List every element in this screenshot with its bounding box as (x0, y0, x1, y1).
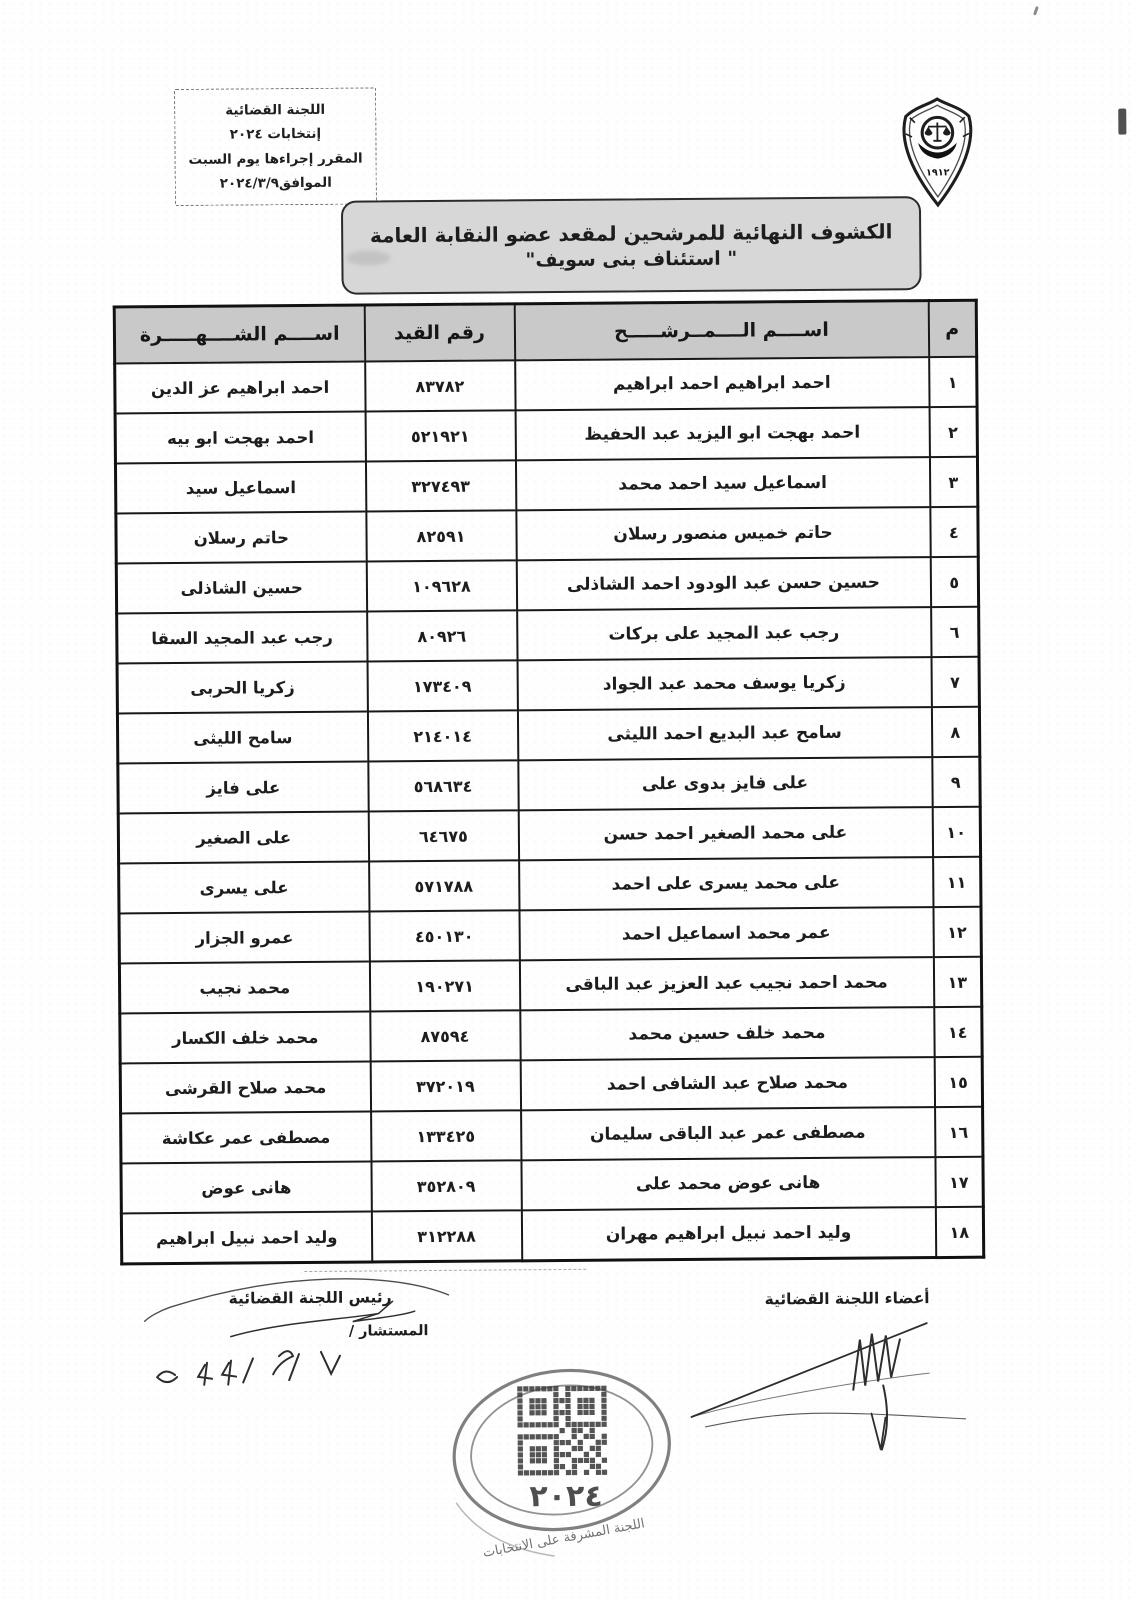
candidate-row: ٢ احمد بهجت ابو اليزيد عبد الحفيظ ٥٢١٩٢١… (115, 407, 977, 464)
registration-number-cell: ٦٤٦٧٥ (368, 810, 518, 861)
registration-number-cell: ١٧٣٤٠٩ (367, 660, 517, 711)
document-title: الكشوف النهائية للمرشحين لمقعد عضو النقا… (341, 196, 922, 295)
serial-cell: ١٤ (934, 1007, 982, 1057)
candidate-name-cell: محمد صلاح عبد الشافى احمد (520, 1057, 934, 1110)
candidate-name-cell: هانى عوض محمد على (521, 1157, 935, 1210)
known-name-cell: حاتم رسلان (116, 512, 366, 564)
info-line-scheduled-day: المقرر إجراءها يوم السبت (181, 146, 369, 172)
registration-number-cell: ١٣٣٤٢٥ (371, 1110, 521, 1161)
registration-number-cell: ٤٥٠١٣٠ (369, 910, 519, 961)
candidates-table: م اســــم الــــمــرشـــــح رقم القيد اس… (113, 299, 986, 1266)
candidate-row: ١٦ مصطفى عمر عبد الباقى سليمان ١٣٣٤٢٥ مص… (121, 1107, 983, 1164)
title-line-1: الكشوف النهائية للمرشحين لمقعد عضو النقا… (370, 219, 893, 247)
candidate-row: ١٧ هانى عوض محمد على ٣٥٢٨٠٩ هانى عوض (121, 1157, 983, 1214)
registration-number-cell: ١٩٠٢٧١ (369, 960, 519, 1011)
scan-edge-artifact (1118, 109, 1126, 135)
members-signature (675, 1295, 981, 1452)
candidate-name-cell: على فايز بدوى على (518, 757, 932, 810)
known-name-cell: حسين الشاذلى (116, 562, 366, 614)
registration-number-cell: ٣١٢٢٨٨ (371, 1210, 521, 1262)
stamp-year: ٢٠٢٤ (529, 1479, 603, 1515)
candidate-row: ١١ على محمد يسرى على احمد ٥٧١٧٨٨ على يسر… (119, 857, 981, 914)
serial-cell: ٢ (929, 407, 977, 457)
title-line-2: " استئناف بنى سويف" (525, 247, 737, 271)
candidate-name-cell: اسماعيل سيد احمد محمد (515, 457, 929, 510)
candidate-name-cell: سامح عبد البديع احمد الليثى (517, 707, 931, 760)
registration-number-cell: ٥٢١٩٢١ (365, 410, 515, 461)
serial-cell: ١٦ (935, 1107, 983, 1157)
president-signature (130, 1261, 466, 1399)
registration-number-cell: ٨٣٧٨٢ (365, 360, 515, 411)
qr-code (517, 1386, 607, 1476)
official-stamp: ٢٠٢٤ اللجنة المشرفة على الانتخابات (441, 1355, 695, 1597)
col-header-registration-number: رقم القيد (364, 304, 514, 362)
candidate-row: ١٨ وليد احمد نبيل ابراهيم مهران ٣١٢٢٨٨ و… (121, 1207, 983, 1264)
registration-number-cell: ٨٧٥٩٤ (370, 1010, 520, 1061)
candidate-row: ٨ سامح عبد البديع احمد الليثى ٢١٤٠١٤ سام… (117, 707, 979, 764)
serial-cell: ١٥ (934, 1057, 982, 1107)
serial-cell: ١٢ (933, 907, 981, 957)
candidate-name-cell: مصطفى عمر عبد الباقى سليمان (521, 1107, 935, 1160)
serial-cell: ٩ (932, 757, 980, 807)
serial-cell: ٨ (931, 707, 979, 757)
candidate-name-cell: عمر محمد اسماعيل احمد (519, 907, 933, 960)
known-name-cell: على فايز (118, 762, 368, 814)
known-name-cell: سامح الليثى (117, 712, 367, 764)
candidate-name-cell: على محمد يسرى على احمد (519, 857, 933, 910)
known-name-cell: على الصغير (118, 812, 368, 864)
serial-cell: ٤ (930, 507, 978, 557)
serial-cell: ٦ (931, 607, 979, 657)
registration-number-cell: ٥٦٨٦٣٤ (368, 760, 518, 811)
serial-cell: ٥ (930, 557, 978, 607)
candidate-name-cell: على محمد الصغير احمد حسن (518, 807, 932, 860)
candidate-row: ٣ اسماعيل سيد احمد محمد ٣٢٧٤٩٣ اسماعيل س… (115, 457, 977, 514)
candidate-row: ١٣ محمد احمد نجيب عبد العزيز عبد الباقى … (119, 957, 981, 1014)
known-name-cell: رجب عبد المجيد السقا (117, 612, 367, 664)
registration-number-cell: ٢١٤٠١٤ (367, 710, 517, 761)
info-line-date: الموافق٢٠٢٤/٣/٩ (182, 170, 370, 196)
candidate-row: ٧ زكريا يوسف محمد عبد الجواد ١٧٣٤٠٩ زكري… (117, 657, 979, 714)
candidate-name-cell: رجب عبد المجيد على بركات (517, 607, 931, 660)
serial-cell: ١١ (933, 857, 981, 907)
known-name-cell: هانى عوض (121, 1161, 371, 1213)
known-name-cell: محمد نجيب (119, 962, 369, 1014)
info-line-elections: إنتخابات ٢٠٢٤ (181, 122, 369, 148)
col-header-known-name: اســــم الشــــهـــــرة (114, 305, 364, 363)
known-name-cell: محمد خلف الكسار (120, 1012, 370, 1064)
registration-number-cell: ٨٢٥٩١ (366, 510, 516, 561)
candidate-row: ٦ رجب عبد المجيد على بركات ٨٠٩٢٦ رجب عبد… (117, 607, 979, 664)
committee-info-box: اللجنة القضائية إنتخابات ٢٠٢٤ المقرر إجر… (174, 87, 377, 206)
known-name-cell: زكريا الحربى (117, 662, 367, 714)
serial-cell: ١٨ (935, 1207, 983, 1258)
registration-number-cell: ٣٥٢٨٠٩ (371, 1160, 521, 1211)
scan-ink-speck (1033, 6, 1039, 15)
document-content: اللجنة القضائية إنتخابات ٢٠٢٤ المقرر إجر… (0, 0, 1131, 1600)
serial-cell: ١٠ (932, 807, 980, 857)
known-name-cell: احمد ابراهيم عز الدين (115, 362, 365, 414)
candidate-row: ١٠ على محمد الصغير احمد حسن ٦٤٦٧٥ على ال… (118, 807, 980, 864)
col-header-candidate-name: اســــم الــــمــرشـــــح (514, 301, 928, 361)
registration-number-cell: ٥٧١٧٨٨ (369, 860, 519, 911)
registration-number-cell: ٣٧٢٠١٩ (370, 1060, 520, 1111)
known-name-cell: وليد احمد نبيل ابراهيم (121, 1211, 371, 1263)
info-line-committee: اللجنة القضائية (181, 97, 369, 123)
serial-cell: ١ (929, 357, 977, 407)
candidate-row: ١ احمد ابراهيم احمد ابراهيم ٨٣٧٨٢ احمد ا… (115, 357, 977, 414)
scanned-document-page: اللجنة القضائية إنتخابات ٢٠٢٤ المقرر إجر… (0, 0, 1131, 1600)
registration-number-cell: ٣٢٧٤٩٣ (365, 460, 515, 511)
registration-number-cell: ١٠٩٦٢٨ (366, 560, 516, 611)
candidate-row: ١٢ عمر محمد اسماعيل احمد ٤٥٠١٣٠ عمرو الج… (119, 907, 981, 964)
known-name-cell: مصطفى عمر عكاشة (121, 1111, 371, 1163)
emblem-year: ١٩١٢ (926, 167, 950, 178)
candidate-name-cell: زكريا يوسف محمد عبد الجواد (517, 657, 931, 710)
candidate-row: ٩ على فايز بدوى على ٥٦٨٦٣٤ على فايز (118, 757, 980, 814)
candidate-name-cell: محمد خلف حسين محمد (520, 1007, 934, 1060)
candidate-row: ١٥ محمد صلاح عبد الشافى احمد ٣٧٢٠١٩ محمد… (120, 1057, 982, 1114)
candidate-name-cell: وليد احمد نبيل ابراهيم مهران (521, 1207, 935, 1261)
serial-cell: ١٧ (935, 1157, 983, 1207)
known-name-cell: محمد صلاح القرشى (120, 1062, 370, 1114)
col-header-serial: م (928, 300, 976, 357)
known-name-cell: اسماعيل سيد (115, 462, 365, 514)
candidate-row: ٤ حاتم خميس منصور رسلان ٨٢٥٩١ حاتم رسلان (116, 507, 978, 564)
candidate-row: ٥ حسين حسن عبد الودود احمد الشاذلى ١٠٩٦٢… (116, 557, 978, 614)
candidate-name-cell: احمد ابراهيم احمد ابراهيم (515, 357, 929, 410)
known-name-cell: احمد بهجت ابو بيه (115, 412, 365, 464)
known-name-cell: عمرو الجزار (119, 912, 369, 964)
candidate-name-cell: محمد احمد نجيب عبد العزيز عبد الباقى (519, 957, 933, 1010)
candidate-name-cell: حسين حسن عبد الودود احمد الشاذلى (516, 557, 930, 610)
serial-cell: ١٣ (933, 957, 981, 1007)
bar-association-emblem-icon: ١٩١٢ (896, 96, 979, 209)
table-header-row: م اســــم الــــمــرشـــــح رقم القيد اس… (114, 300, 976, 363)
serial-cell: ٣ (929, 457, 977, 507)
candidate-row: ١٤ محمد خلف حسين محمد ٨٧٥٩٤ محمد خلف الك… (120, 1007, 982, 1064)
candidate-name-cell: احمد بهجت ابو اليزيد عبد الحفيظ (515, 407, 929, 460)
candidate-name-cell: حاتم خميس منصور رسلان (516, 507, 930, 560)
serial-cell: ٧ (931, 657, 979, 707)
known-name-cell: على يسرى (119, 862, 369, 914)
registration-number-cell: ٨٠٩٢٦ (367, 610, 517, 661)
